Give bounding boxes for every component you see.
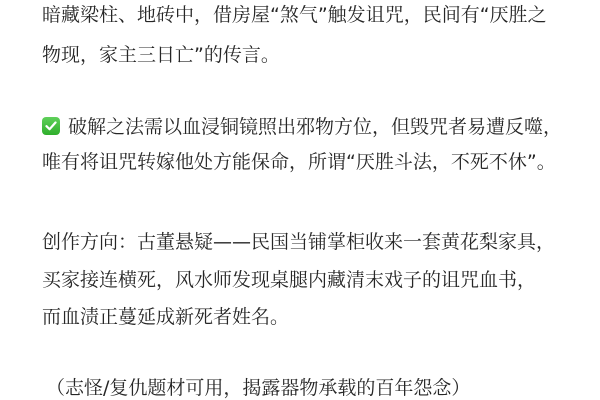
check-mark-icon [42,117,60,135]
paragraph-4-line-1: （志怪/复仇题材可用，揭露器物承载的百年怨念） [46,376,470,400]
paragraph-2-line-2: 唯有将诅咒转嫁他处方能保命，所谓“厌胜斗法，不死不休”。 [42,150,556,174]
paragraph-1-line-2: 物现，家主三日亡”的传言。 [42,43,280,67]
paragraph-3-line-3: 而血渍正蔓延成新死者姓名。 [42,305,289,329]
paragraph-3-line-2: 买家接连横死，风水师发现桌腿内藏清末戏子的诅咒血书， [42,268,536,292]
paragraph-3-line-1: 创作方向：古董悬疑——民国当铺掌柜收来一套黄花梨家具， [42,230,555,254]
paragraph-2-line-1: 破解之法需以血浸铜镜照出邪物方位，但毁咒者易遭反噬， [42,115,562,139]
paragraph-1-line-1: 暗藏梁柱、地砖中，借房屋“煞气”触发诅咒，民间有“厌胜之 [42,3,547,27]
paragraph-2-line-1-text: 破解之法需以血浸铜镜照出邪物方位，但毁咒者易遭反噬， [68,116,562,138]
